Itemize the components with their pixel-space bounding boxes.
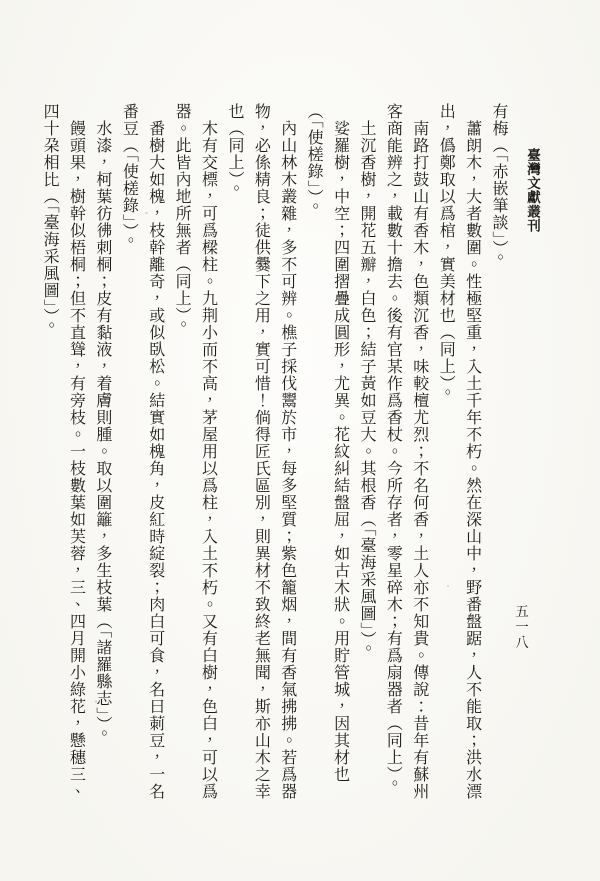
paragraph: 饅頭果，樹幹似梧桐；但不直聳，有旁枝。一枝數葉如芙蓉，三、四月開小綠花，懸穗三、… [37,103,90,800]
paragraph: 水漆，柯葉彷彿刺桐；皮有黏液，着膚則腫。取以圍籬，多生枝葉（「諸羅縣志」）。 [90,103,116,800]
body-text: 有梅（「赤嵌筆談」）。蕭朗木，大者數圍。性極堅重，入土千年不朽。然在深山中，野番… [34,103,512,800]
paragraph: 有梅（「赤嵌筆談」）。 [486,103,512,800]
paragraph: 木有交標，可爲樑柱。九荆小而不高，茅屋用以爲柱，入土不朽。又有白樹，色白，可以爲… [169,103,222,800]
paragraph: 內山林木叢雜，多不可辨。樵子採伐鬻於市，每多堅質；紫色籠烟，間有香氣拂拂。若爲器… [222,103,301,800]
scan-speck [447,585,449,587]
paragraph: 娑羅樹，中空；四圍摺疊成圓形，尤異。花紋糾結盤屈，如古木狀。用貯管城，因其材也（… [301,103,354,800]
series-title: 臺灣文獻叢刊 [523,148,541,233]
scan-speck [145,212,148,214]
page-number: 五一八 [511,604,529,651]
paragraph: 土沉香樹，開花五瓣，白色；結子黃如豆大。其根香（「臺海采風圖」）。 [354,103,380,800]
scan-speck [95,700,97,703]
scanned-book-page: 臺灣文獻叢刊 五一八 有梅（「赤嵌筆談」）。蕭朗木，大者數圍。性極堅重，入土千年… [0,0,600,881]
paragraph: 蕭朗木，大者數圍。性極堅重，入土千年不朽。然在深山中，野番盤踞，人不能取；洪水漂… [433,103,486,800]
paragraph: 番樹大如槐，枝幹離奇，或似臥松。結實如槐角，皮紅時綻裂；肉白可食，名曰莿豆，一名… [116,103,169,800]
paragraph: 南路打鼓山有香木，色類沉香，味較檀尤烈；不名何香，土人亦不知貴。傳說：昔年有蘇州… [380,103,433,800]
